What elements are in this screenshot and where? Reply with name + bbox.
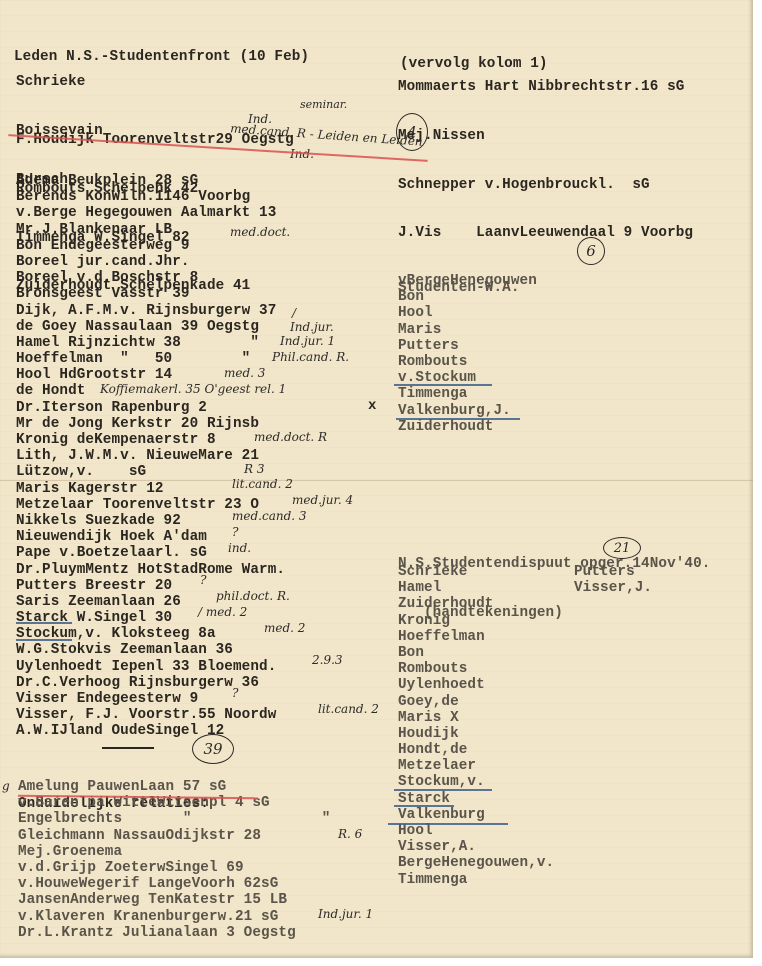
list-item: Adema Beukplein 28 sG xyxy=(16,173,285,189)
list-item: Visser, F.J. Voorstr.55 Noordw xyxy=(16,707,285,723)
list-item: JansenAnderweg TenKatestr 15 LB xyxy=(18,892,330,908)
list-item: Schnepper v.Hogenbrouckl. sG xyxy=(398,177,693,193)
list-item: BergeHenegouwen,v. xyxy=(398,855,554,871)
list-item: Kronig deKempenaerstr 8 xyxy=(16,432,285,448)
list-item: Hondt,de xyxy=(398,742,554,758)
handwritten-note: / med. 2 xyxy=(198,605,247,619)
list-item: Dr.C.Verhoog Rijnsburgerw 36 xyxy=(16,675,285,691)
list-item: Hool xyxy=(398,305,537,321)
handwritten-note: seminar. xyxy=(300,98,347,111)
list-item: Engelbrechts " " xyxy=(18,811,330,827)
list-item: Dr.PluymMentz HotStadRome Warm. xyxy=(16,562,285,578)
handwritten-note: med.doct. xyxy=(230,225,290,239)
list-item: Boreel v.d.Boschstr 8 xyxy=(16,270,285,286)
blue-underline xyxy=(394,805,454,807)
handwritten-note: Ind.jur. 1 xyxy=(318,907,373,921)
list-item: Hoeffelman xyxy=(398,629,554,645)
circled-count-39: 39 xyxy=(192,734,234,764)
handwritten-note: med. 2 xyxy=(264,621,305,635)
list-item: Zuiderhoudt xyxy=(398,419,537,435)
handwritten-note: Koffiemakerl. 35 O'geest rel. 1 xyxy=(100,382,286,396)
handwritten-note: Ind.jur. xyxy=(290,320,334,334)
dispuut-members-col2: PuttersVisser,J. xyxy=(574,564,652,596)
wa-members-list: vBergeHenegouwenBonHoolMarisPuttersRombo… xyxy=(398,273,537,435)
handwritten-note: g xyxy=(2,779,10,793)
list-item: Boreel jur.cand.Jhr. xyxy=(16,254,285,270)
list-item: Zuiderhoudt xyxy=(398,596,554,612)
left-group-3: Adema Beukplein 28 sGBerends KonWilh.114… xyxy=(16,173,285,740)
list-item: Hoeffelman " 50 " xyxy=(16,351,285,367)
handwritten-note: med.jur. 4 xyxy=(292,493,353,507)
list-item: Mommaerts Hart Nibbrechtstr.16 sG xyxy=(398,79,693,95)
list-item: Rombouts xyxy=(398,661,554,677)
handwritten-note: med.cand. 3 xyxy=(232,509,307,523)
list-item: Uylenhoedt Iepenl 33 Bloemend. xyxy=(16,659,285,675)
dispuut-members-col1: SchriekeHamelZuiderhoudtKronigHoeffelman… xyxy=(398,564,554,888)
blue-underline xyxy=(394,789,492,791)
list-item: v.Klaveren Kranenburgerw.21 sG xyxy=(18,909,330,925)
list-item: Dijk, A.F.M.v. Rijnsburgerw 37 xyxy=(16,303,285,319)
list-item: Metzelaer xyxy=(398,758,554,774)
blue-underline xyxy=(396,418,520,420)
list-item: Putters xyxy=(574,564,652,580)
handwritten-note: R. 6 xyxy=(338,827,362,841)
blue-underline xyxy=(16,622,72,624)
list-item: Goey,de xyxy=(398,694,554,710)
list-item: Rombouts xyxy=(398,354,537,370)
list-item: Dr.L.Krantz Julianalaan 3 Oegstg xyxy=(18,925,330,941)
list-item: Bronsgeest Vasstr 39 xyxy=(16,286,285,302)
list-item: Valkenburg,J. xyxy=(398,403,537,419)
list-item: vBergeHenegouwen xyxy=(398,273,537,289)
blue-underline xyxy=(394,384,492,386)
list-item: Schrieke xyxy=(398,564,554,580)
handwritten-note: Ind.jur. 1 xyxy=(280,334,335,348)
list-item: Visser,J. xyxy=(574,580,652,596)
list-item: Hamel Rijnzichtw 38 " xyxy=(16,335,285,351)
handwritten-note: phil.doct. R. xyxy=(216,589,290,603)
list-item: v.HouweWegerif LangeVoorh 62sG xyxy=(18,876,330,892)
list-item: Timmenga xyxy=(398,872,554,888)
list-item: Berends KonWilh.1146 Voorbg xyxy=(16,189,285,205)
list-item: Maris X xyxy=(398,710,554,726)
list-item: de Goey Nassaulaan 39 Oegstg xyxy=(16,319,285,335)
list-item: Hool xyxy=(398,823,554,839)
list-item: Visser Endegeesterw 9 xyxy=(16,691,285,707)
circled-count-21: 21 xyxy=(603,537,641,559)
list-item: Houdijk xyxy=(398,726,554,742)
list-item: Bon xyxy=(398,289,537,305)
handwritten-note: R 3 xyxy=(244,462,264,476)
cross-mark: x xyxy=(368,398,376,414)
list-item: Kronig xyxy=(398,613,554,629)
handwritten-note: ? xyxy=(232,525,238,539)
list-item: Gleichmann NassauOdijkstr 28 xyxy=(18,828,330,844)
circled-count-6: 6 xyxy=(577,237,605,265)
list-item: A.W.IJland OudeSingel 12 xyxy=(16,723,285,739)
list-item: Schrieke xyxy=(16,74,103,90)
handwritten-note: lit.cand. 2 xyxy=(318,702,379,716)
list-item: J.Vis LaanvLeeuwendaal 9 Voorbg xyxy=(398,225,693,241)
list-item: Mej.Groenema xyxy=(18,844,330,860)
left-group-4: Amelung PauwenLaan 57 sGv.Baren pa Witte… xyxy=(18,779,330,941)
list-item: Mej.Nissen xyxy=(398,128,693,144)
blue-underline xyxy=(388,823,508,825)
handwritten-note: / xyxy=(292,306,296,320)
handwritten-note: 2.9.3 xyxy=(312,653,343,667)
handwritten-note: Phil.cand. R. xyxy=(272,350,349,364)
handwritten-note: lit.cand. 2 xyxy=(232,477,293,491)
handwritten-note: ? xyxy=(232,686,238,700)
handwritten-note: med. 3 xyxy=(224,366,265,380)
list-item: Timmenga xyxy=(398,386,537,402)
list-item: Visser,A. xyxy=(398,839,554,855)
list-item: Valkenburg xyxy=(398,807,554,823)
list-item: Hamel xyxy=(398,580,554,596)
right-continued-list: Mommaerts Hart Nibbrechtstr.16 sG Mej.Ni… xyxy=(398,47,693,258)
list-item: Maris xyxy=(398,322,537,338)
list-item: Mr de Jong Kerkstr 20 Rijnsb xyxy=(16,416,285,432)
list-item: Uylenhoedt xyxy=(398,677,554,693)
list-item: W.G.Stokvis Zeemanlaan 36 xyxy=(16,642,285,658)
list-item: Bon Endegeesterweg 9 xyxy=(16,238,285,254)
section-divider xyxy=(102,747,154,749)
list-item: Dr.Iterson Rapenburg 2 xyxy=(16,400,285,416)
list-item: Bon xyxy=(398,645,554,661)
blue-underline xyxy=(16,639,72,641)
list-item: Amelung PauwenLaan 57 sG xyxy=(18,779,330,795)
list-item: v.Berge Hegegouwen Aalmarkt 13 xyxy=(16,205,285,221)
handwritten-note: ? xyxy=(200,573,206,587)
handwritten-note: ind. xyxy=(228,541,251,555)
list-item: Putters xyxy=(398,338,537,354)
handwritten-note: med.doct. R xyxy=(254,430,327,444)
list-item: v.d.Grijp ZoeterwSingel 69 xyxy=(18,860,330,876)
